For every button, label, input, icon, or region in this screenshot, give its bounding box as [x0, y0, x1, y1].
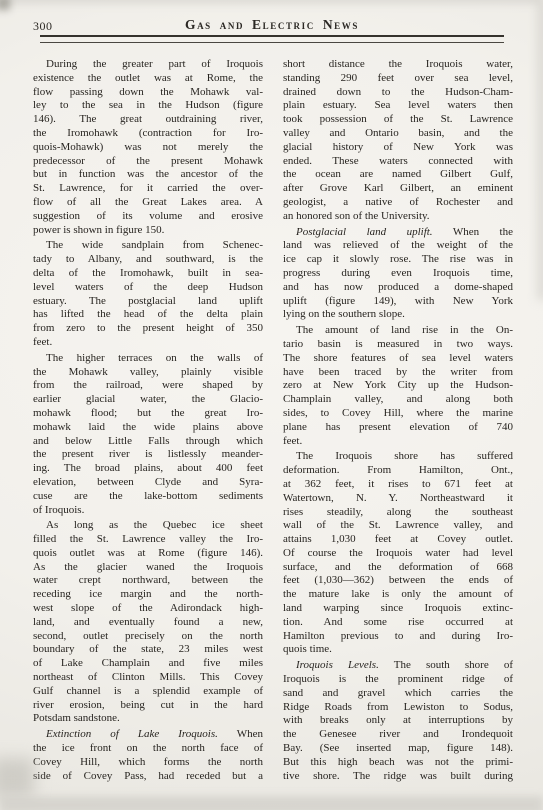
text-line: land warping since Iroquois extinc-: [283, 602, 513, 616]
text-line: tive shore. The ridge was built during: [283, 770, 513, 784]
text-line: The wide sandplain from Schenec-: [33, 239, 263, 253]
text-line: earlier glacial water, the Glacio-: [33, 393, 263, 407]
text-line: estuary. The postglacial land uplift: [33, 295, 263, 309]
text-line: wall of the St. Lawrence valley, and: [283, 519, 513, 533]
text-line: and has now produced a dome-shaped: [283, 281, 513, 295]
text-line: second, outlet precisely on the north: [33, 630, 263, 644]
text-line: Bay. (See inserted map, figure 148).: [283, 742, 513, 756]
text-line: As long as the Quebec ice sheet: [33, 519, 263, 533]
text-line: glacial history of New York was: [283, 141, 513, 155]
text-line: cuse are the lake-bottom sediments: [33, 490, 263, 504]
text-line: Champlain valley, and along both: [283, 393, 513, 407]
text-line: elevation, between Clyde and Syra-: [33, 476, 263, 490]
text-line: west slope of the Adirondack high-: [33, 602, 263, 616]
text-line: the Iromohawk (contraction for Iro-: [33, 127, 263, 141]
text-line: sides, to Covey Hill, where the marine: [283, 407, 513, 421]
text-line: feet.: [33, 336, 263, 350]
paragraph: Postglacial land uplift. When theland wa…: [283, 226, 513, 323]
text-line: power is shown in figure 150.: [33, 224, 263, 238]
text-line: the ice front on the north face of: [33, 742, 263, 756]
text-line: water crept northward, between the: [33, 574, 263, 588]
scan-corner-mark: [0, 0, 10, 10]
text-line: the Genesee river and Irondequoit: [283, 728, 513, 742]
text-line: with breaks only at interruptions by: [283, 714, 513, 728]
text-line: The shore features of sea level waters: [283, 352, 513, 366]
text-line: Watertown, N. Y. Northeastward it: [283, 492, 513, 506]
text-line: Covey Hill, which forms the north: [33, 756, 263, 770]
italic-section-lead: Postglacial land uplift.: [296, 226, 433, 238]
text-line: Iroquois Levels. The south shore of: [283, 659, 513, 673]
text-line: ice cap it slowly rose. The rise was in: [283, 253, 513, 267]
text-line: But this high beach was not the primi-: [283, 756, 513, 770]
text-line: land, and eventually found a new,: [33, 616, 263, 630]
text-line: The higher terraces on the walls of: [33, 352, 263, 366]
scan-right-edge-shadow: [537, 0, 543, 300]
paragraph: The higher terraces on the walls ofthe M…: [33, 352, 263, 518]
text-line: As the glacier waned the Iroquois: [33, 561, 263, 575]
scanned-book-page: 300 Gas and Electric News During the gre…: [0, 0, 543, 810]
text-line: the ocean are named Gilbert Gulf,: [283, 168, 513, 182]
text-line: suggestion of its volume and erosive: [33, 210, 263, 224]
text-line: level waters of the deep Hudson: [33, 281, 263, 295]
text-line: feet (1,030—362) between the ends of: [283, 574, 513, 588]
text-line: lying on the southern slope.: [283, 308, 513, 322]
text-line: quois-Mohawk) was not merely the: [33, 141, 263, 155]
text-line: of Lake Champlain and five miles: [33, 657, 263, 671]
text-line: attains 1,030 feet at Covey outlet.: [283, 533, 513, 547]
text-line: plain estuary. Sea level waters then: [283, 99, 513, 113]
text-line: 146). The great outdraining river,: [33, 113, 263, 127]
text-line: Gulf channel is a splendid example of: [33, 685, 263, 699]
text-line: tario basin is measured in two ways.: [283, 338, 513, 352]
text-line: northeast of Clinton Mills. This Covey: [33, 671, 263, 685]
text-line: receding ice margin and the north-: [33, 588, 263, 602]
text-line: quois time.: [283, 643, 513, 657]
text-line: zero at New York City up the Hudson-: [283, 379, 513, 393]
column-right: short distance the Iroquois water,standi…: [283, 58, 513, 785]
running-head: 300 Gas and Electric News: [40, 16, 504, 34]
text-line: have been traced by the writer from: [283, 366, 513, 380]
text-line: flow of all the Great Lakes area. A: [33, 196, 263, 210]
text-line: ended. These waters connected with: [283, 155, 513, 169]
text-line: quois outlet was at Rome (figure 146).: [33, 547, 263, 561]
text-line: The Iroquois shore has suffered: [283, 450, 513, 464]
text-line: but in function was the ancestor of the: [33, 168, 263, 182]
text-line: flow passing down the Mohawk val-: [33, 86, 263, 100]
scan-bottom-edge-shadow: [0, 796, 543, 810]
scan-top-edge-shadow: [0, 0, 543, 4]
text-line: tion. And some rise occurred at: [283, 616, 513, 630]
text-line: the mature lake is only the amount of: [283, 588, 513, 602]
text-line: the Mohawk valley, plainly visible: [33, 366, 263, 380]
column-left: During the greater part of Iroquoisexist…: [33, 58, 263, 785]
text-line: from the railroad, were shaped by: [33, 379, 263, 393]
text-line: took possession of the St. Lawrence: [283, 113, 513, 127]
text-line: the present river is listlessly meander-: [33, 448, 263, 462]
text-line: rises steadily, along the southeast: [283, 506, 513, 520]
text-line: Of course the Iroquois water had level: [283, 547, 513, 561]
header-double-rule: [40, 35, 504, 43]
text-line: river erosion, being cut in the hard: [33, 699, 263, 713]
text-line: geologist, a native of Rochester and: [283, 196, 513, 210]
paragraph: Iroquois Levels. The south shore ofIroqu…: [283, 659, 513, 783]
text-line: The amount of land rise in the On-: [283, 324, 513, 338]
text-line: boundary of the state, 23 miles west: [33, 643, 263, 657]
text-line: St. Lawrence, for it carried the over-: [33, 182, 263, 196]
text-line: an honored son of the University.: [283, 210, 513, 224]
text-line: Potsdam sandstone.: [33, 712, 263, 726]
text-line: tady to Albany, and southward, is the: [33, 253, 263, 267]
text-line: plane has present elevation of 740: [283, 421, 513, 435]
text-line: mohawk flood; but the great Iro-: [33, 407, 263, 421]
text-line: after Grove Karl Gilbert, an eminent: [283, 182, 513, 196]
text-line: from zero to the present height of 350: [33, 322, 263, 336]
text-line: drained down to the Hudson-Cham-: [283, 86, 513, 100]
italic-section-lead: Iroquois Levels.: [296, 659, 379, 671]
text-line: deformation. From Hamilton, Ont.,: [283, 464, 513, 478]
text-line: ing. The broad plains, about 400 feet: [33, 462, 263, 476]
text-line: Hamilton previous to and during Iro-: [283, 630, 513, 644]
scan-bottom-left-smudge: [0, 758, 34, 798]
text-line: filled the St. Lawrence valley the Iro-: [33, 533, 263, 547]
paragraph: The amount of land rise in the On-tario …: [283, 324, 513, 448]
paragraph: The Iroquois shore has suffereddeformati…: [283, 450, 513, 657]
text-line: Iroquois is the prominent ridge of: [283, 673, 513, 687]
text-line: ley to the sea in the Hudson (figure: [33, 99, 263, 113]
text-line: Extinction of Lake Iroquois. When: [33, 728, 263, 742]
paragraph: short distance the Iroquois water,standi…: [283, 58, 513, 224]
paragraph: Extinction of Lake Iroquois. Whenthe ice…: [33, 728, 263, 783]
text-line: feet.: [283, 435, 513, 449]
text-line: predecessor of the present Mohawk: [33, 155, 263, 169]
text-line: at 362 feet, it rises to 671 feet at: [283, 478, 513, 492]
text-line: uplift (figure 149), with New York: [283, 295, 513, 309]
text-line: During the greater part of Iroquois: [33, 58, 263, 72]
text-line: short distance the Iroquois water,: [283, 58, 513, 72]
text-line: mohawk laid the wide plains above: [33, 421, 263, 435]
text-line: and below Little Falls through which: [33, 435, 263, 449]
text-line: side of Covey Pass, had receded but a: [33, 770, 263, 784]
text-line: valley and Ontario basin, and the: [283, 127, 513, 141]
text-line: sand and gravel which carries the: [283, 687, 513, 701]
text-line: delta of the Iromohawk, built in sea-: [33, 267, 263, 281]
text-line: existence the outlet was at Rome, the: [33, 72, 263, 86]
text-line: standing 290 feet over sea level,: [283, 72, 513, 86]
paragraph: The wide sandplain from Schenec-tady to …: [33, 239, 263, 349]
page-title: Gas and Electric News: [40, 17, 504, 33]
text-line: Postglacial land uplift. When the: [283, 226, 513, 240]
text-line: progress during even Iroquois time,: [283, 267, 513, 281]
paragraph: During the greater part of Iroquoisexist…: [33, 58, 263, 237]
text-line: surface, and the deformation of 668: [283, 561, 513, 575]
text-line: land was relieved of the weight of the: [283, 239, 513, 253]
italic-section-lead: Extinction of Lake Iroquois.: [46, 728, 218, 740]
paragraph: As long as the Quebec ice sheetfilled th…: [33, 519, 263, 726]
text-line: has lifted the head of the delta plain: [33, 308, 263, 322]
text-line: Ridge Roads from Lewiston to Sodus,: [283, 701, 513, 715]
text-line: of Iroquois.: [33, 504, 263, 518]
